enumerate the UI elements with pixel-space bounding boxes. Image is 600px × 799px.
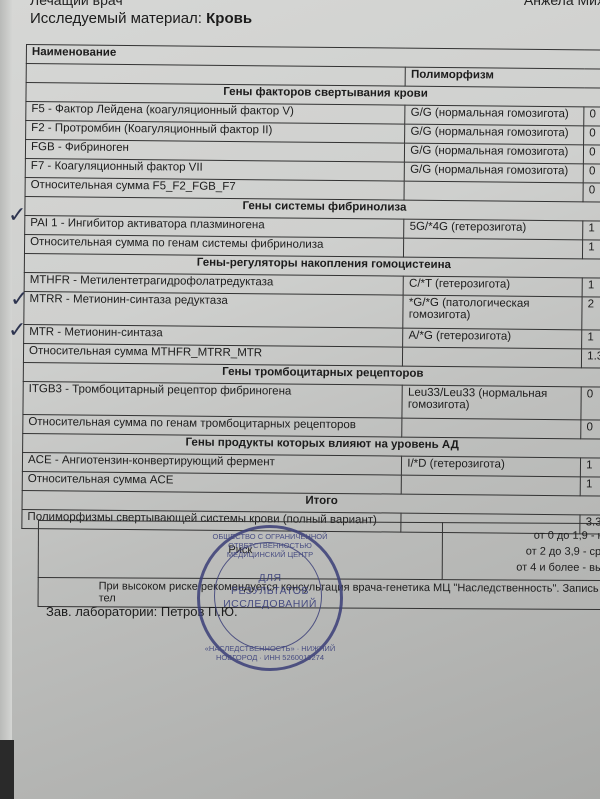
stamp-ring-top: ОБЩЕСТВО С ОГРАНИЧЕННОЙ ОТВЕТСТВЕННОСТЬЮ… <box>200 532 340 559</box>
stamp-seal: ОБЩЕСТВО С ОГРАНИЧЕННОЙ ОТВЕТСТВЕННОСТЬЮ… <box>197 525 343 671</box>
polymorphism-value: Leu33/Leu33 (нормальная гомозигота) <box>402 385 581 420</box>
doctor-label-cut: Лечащий врач <box>30 0 123 8</box>
polymorphism-value: G/G (нормальная гомозигота) <box>405 143 584 164</box>
score-value: 0 <box>584 126 600 145</box>
score-value: 0 <box>583 183 600 202</box>
score-value: 0 <box>584 107 600 126</box>
polymorphism-value: A/*G (гетерозигота) <box>403 328 582 349</box>
polymorphism-value: *G/*G (патологическая гомозигота) <box>403 295 582 330</box>
score-value: 1 <box>582 278 600 297</box>
polymorphism-value: G/G (нормальная гомозигота) <box>405 162 584 183</box>
gene-name: MTRR - Метионин-синтаза редуктаза <box>24 291 404 328</box>
polymorphism-value: G/G (нормальная гомозигота) <box>405 105 584 126</box>
checkmark-pai1: ✓ <box>8 203 26 228</box>
risk-level-medium: от 2 до 3,9 - средний <box>448 543 600 560</box>
score-value: 1.33 <box>582 349 600 368</box>
col-polymorphism-header: Полиморфизм <box>405 67 600 88</box>
polymorphism-value: 5G/*4G (гетерозигота) <box>404 219 583 240</box>
risk-levels: от 0 до 1,9 - низкий от 2 до 3,9 - средн… <box>442 523 600 581</box>
gene-name: ITGB3 - Тромбоцитарный рецептор фибриног… <box>23 381 403 418</box>
score-value: 1 <box>581 458 600 477</box>
score-value: 2 <box>582 297 600 330</box>
stamp-line-1: ДЛЯ <box>200 572 340 585</box>
polymorphism-value <box>402 418 581 439</box>
risk-level-high: от 4 и более - высокий <box>448 559 600 576</box>
results-table: Наименование Полиморфизм Гены факторов с… <box>21 44 600 535</box>
score-value: 0 <box>583 164 600 183</box>
score-value: 0 <box>581 387 600 420</box>
score-value: 0 <box>581 420 600 439</box>
score-value: 1 <box>582 330 600 349</box>
polymorphism-value <box>404 238 583 259</box>
material-value: Кровь <box>206 10 252 27</box>
polymorphism-value: I/*D (гетерозигота) <box>402 456 581 477</box>
doctor-name-cut: Анжела Мих <box>524 0 600 8</box>
score-value: 1 <box>583 240 600 259</box>
score-value: 1 <box>583 221 600 240</box>
stamp-ring-bottom: «НАСЛЕДСТВЕННОСТЬ» · НИЖНИЙ НОВГОРОД · И… <box>200 644 340 662</box>
polymorphism-value: G/G (нормальная гомозигота) <box>405 124 584 145</box>
photo-dark-corner <box>0 740 14 799</box>
stamp-center-text: ДЛЯ РЕЗУЛЬТАТОВ ИССЛЕДОВАНИЙ <box>200 572 340 611</box>
polymorphism-value <box>404 181 583 202</box>
material-line: Исследуемый материал: Кровь <box>30 10 252 27</box>
score-value: 1 <box>580 477 600 496</box>
risk-level-low: от 0 до 1,9 - низкий <box>448 527 600 544</box>
score-value: 0 <box>584 145 600 164</box>
polymorphism-value <box>403 347 582 368</box>
checkmark-mtrr: ✓ <box>10 287 28 312</box>
stamp-line-2: РЕЗУЛЬТАТОВ <box>200 585 340 598</box>
photo-left-edge <box>0 0 12 799</box>
checkmark-mtr: ✓ <box>8 318 26 343</box>
polymorphism-value <box>402 475 581 496</box>
polymorphism-value: C/*T (гетерозигота) <box>403 276 582 297</box>
material-label: Исследуемый материал: <box>30 10 202 27</box>
stamp-line-3: ИССЛЕДОВАНИЙ <box>200 598 340 611</box>
